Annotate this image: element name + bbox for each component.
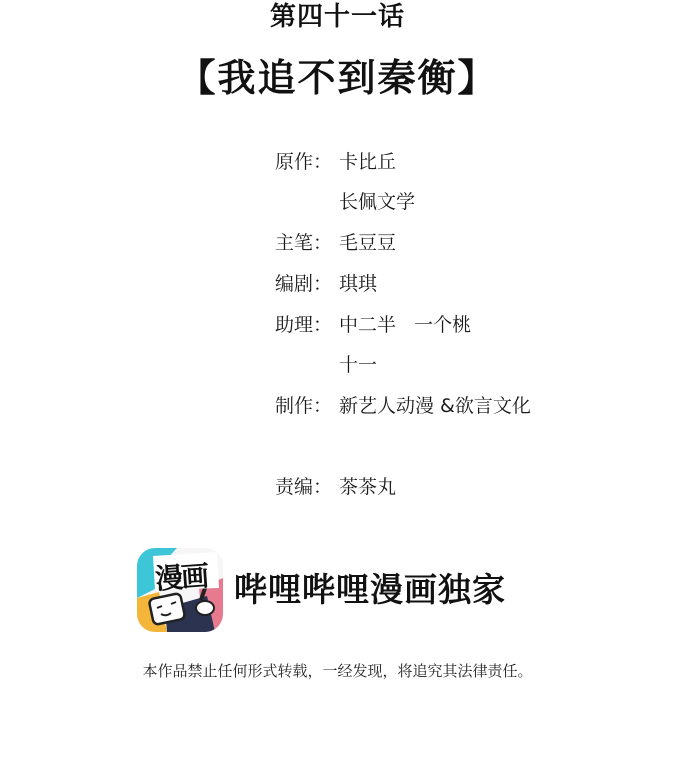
credit-label: 责编： [275,473,341,501]
copyright-notice: 本作品禁止任何形式转载，一经发现，将追究其法律责任。 [0,660,675,681]
credit-row-original-2: 长佩文学 [275,188,341,216]
credit-row-editor: 责编： 茶茶丸 [275,473,341,501]
credit-row-assistant: 助理： 中二半 一个桃 [275,311,341,339]
credit-label: 编剧： [275,270,341,298]
credit-value: 十一 [339,351,377,379]
exclusive-brand-text: 哔哩哔哩漫画独家 [234,566,506,614]
credit-label: 助理： [275,311,341,339]
credit-value: 毛豆豆 [339,229,396,257]
credit-value: 茶茶丸 [339,473,396,501]
credit-row-artist: 主笔： 毛豆豆 [275,229,341,257]
credit-row-original: 原作： 卡比丘 [275,148,341,176]
credit-row-assistant-2: 十一 [275,351,341,379]
chapter-title: 【我追不到秦衡】 [0,50,675,106]
credit-label: 制作： [275,392,341,420]
bilibili-comics-app-icon: 漫画 [137,548,223,632]
credit-value: 长佩文学 [339,188,415,216]
credit-row-writer: 编剧： 琪琪 [275,270,341,298]
credit-row-production: 制作： 新艺人动漫 &欲言文化 [275,392,341,420]
credit-value: 卡比丘 [339,148,396,176]
credit-value: 新艺人动漫 &欲言文化 [339,392,531,420]
credit-value: 中二半 一个桃 [339,311,471,339]
logo-text: 漫画 [154,554,209,598]
credit-label: 原作： [275,148,341,176]
credit-label: 主笔： [275,229,341,257]
chapter-number: 第四十一话 [0,0,675,34]
credit-value: 琪琪 [339,270,377,298]
